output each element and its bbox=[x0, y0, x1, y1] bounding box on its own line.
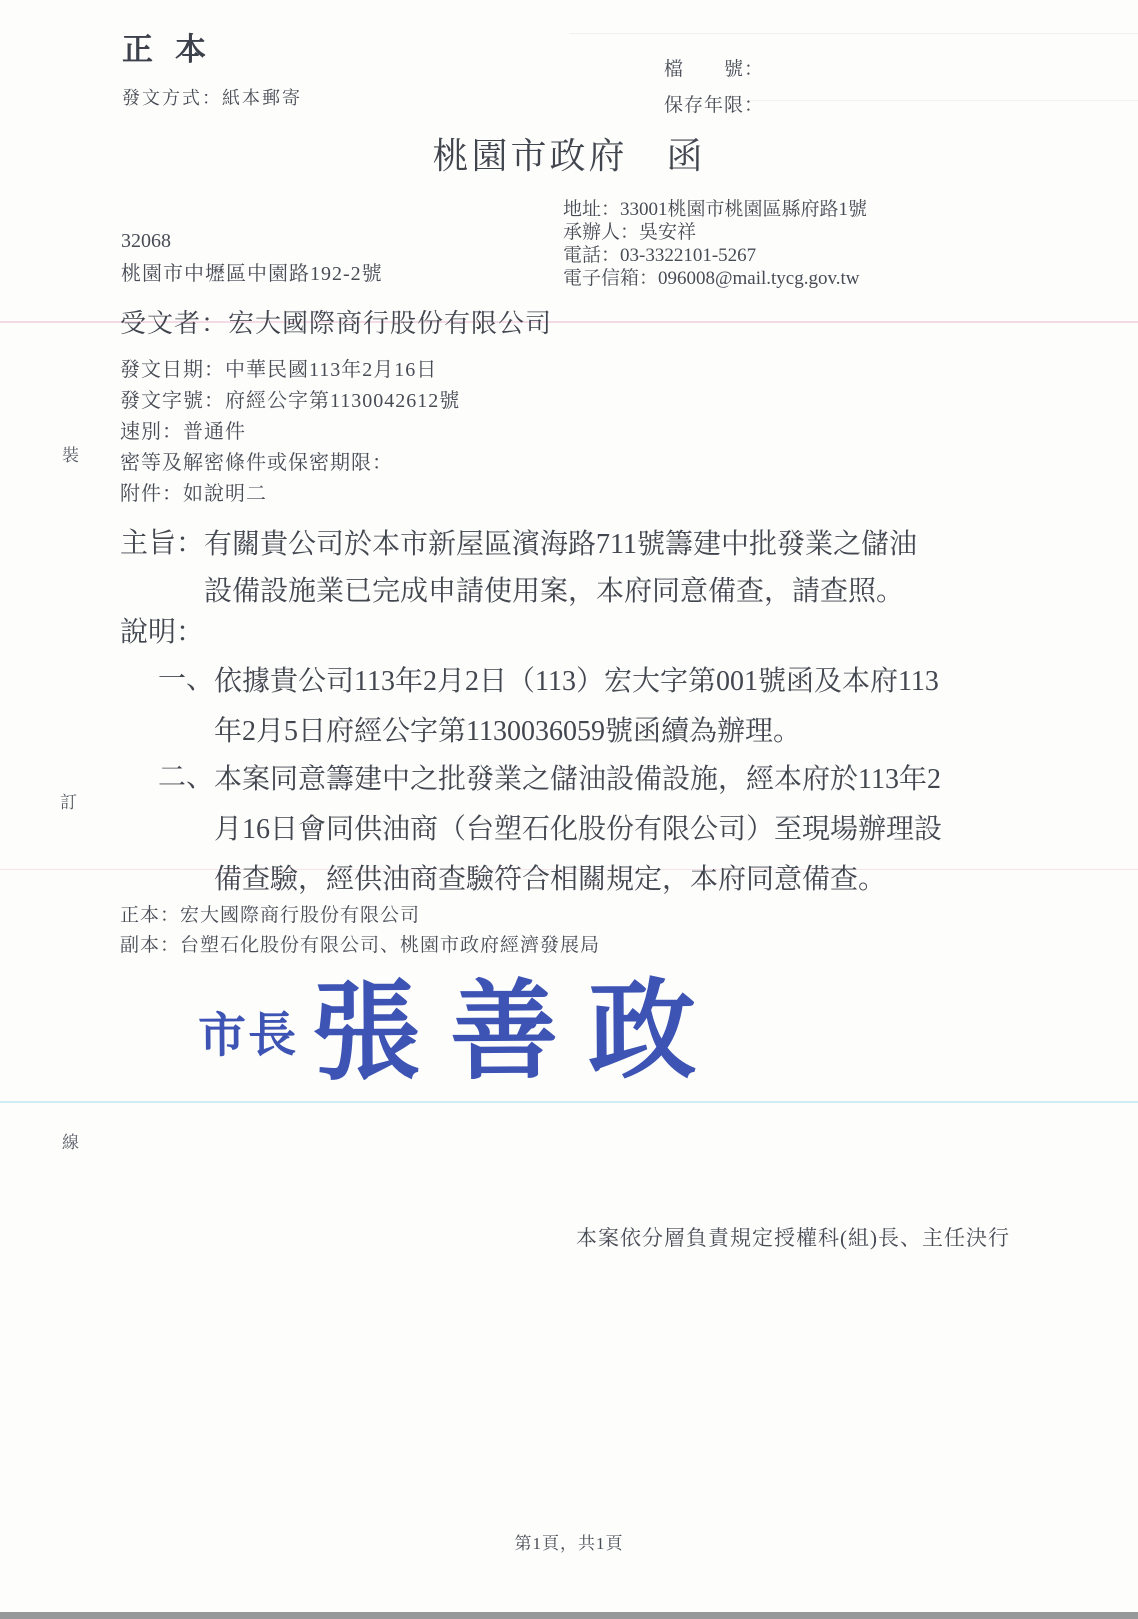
description-label: 說明： bbox=[120, 610, 204, 650]
scan-artifact-line bbox=[0, 1101, 1138, 1103]
binding-mark-zhuang: 裝 bbox=[62, 441, 79, 466]
agency-contact-block: 地址：33001桃園市桃園區縣府路1號 承辦人：吳安祥 電話：03-332210… bbox=[563, 198, 867, 290]
delivery-method-label: 發文方式：紙本郵寄 bbox=[122, 84, 302, 110]
subject-paragraph: 主旨： 有關貴公司於本市新屋區濱海路711號籌建中批發業之儲油 設備設施業已完成… bbox=[120, 521, 917, 615]
recipient-zip: 32068 bbox=[121, 230, 171, 253]
security-class: 密等及解密條件或保密期限： bbox=[120, 448, 460, 479]
file-number-label: 檔 號： bbox=[664, 52, 764, 88]
binding-mark-xian: 線 bbox=[62, 1128, 79, 1153]
scan-artifact-line bbox=[569, 33, 1138, 34]
subject-line: 有關貴公司於本市新屋區濱海路711號籌建中批發業之儲油 bbox=[204, 521, 917, 568]
item-line: 依據貴公司113年2月2日（113）宏大字第001號函及本府113 bbox=[214, 657, 939, 707]
item-label: 二、 bbox=[158, 755, 214, 795]
description-item-2: 二、 本案同意籌建中之批發業之儲油設備設施，經本府於113年2 月16日會同供油… bbox=[158, 755, 942, 905]
dispatch-number: 發文字號：府經公字第1130042612號 bbox=[120, 386, 460, 417]
signature-block: 市長 張善政 bbox=[197, 943, 726, 1102]
recipient-street-address: 桃園市中壢區中園路192-2號 bbox=[121, 257, 383, 286]
agency-email: 電子信箱：096008@mail.tycg.gov.tw bbox=[563, 267, 867, 290]
scanned-official-letter: 正本 發文方式：紙本郵寄 檔 號： 保存年限： 桃園市政府 函 地址：33001… bbox=[0, 0, 1138, 1619]
bottom-scan-band bbox=[0, 1612, 1138, 1619]
agency-address: 地址：33001桃園市桃園區縣府路1號 bbox=[563, 198, 867, 221]
speed-class: 速別：普通件 bbox=[120, 417, 460, 448]
file-header-block: 檔 號： 保存年限： bbox=[664, 52, 764, 124]
subject-label: 主旨： bbox=[120, 521, 204, 561]
subject-line: 設備設施業已完成申請使用案，本府同意備查，請查照。 bbox=[204, 568, 917, 615]
page-number-footer: 第1頁，共1頁 bbox=[0, 1529, 1138, 1554]
dispatch-date: 發文日期：中華民國113年2月16日 bbox=[120, 355, 460, 386]
retention-period-label: 保存年限： bbox=[664, 88, 764, 124]
item-line: 月16日會同供油商（台塑石化股份有限公司）至現場辦理設 bbox=[214, 805, 942, 855]
binding-mark-ding: 訂 bbox=[60, 788, 77, 813]
mayor-signature: 張善政 bbox=[311, 943, 726, 1101]
mayor-title: 市長 bbox=[198, 982, 299, 1066]
item-line: 本案同意籌建中之批發業之儲油設備設施，經本府於113年2 bbox=[214, 755, 942, 805]
item-line: 年2月5日府經公字第1130036059號函續為辦理。 bbox=[214, 707, 939, 757]
document-title: 桃園市政府 函 bbox=[0, 128, 1138, 179]
agency-phone: 電話：03-3322101-5267 bbox=[563, 244, 867, 267]
delegation-note: 本案依分層負責規定授權科(組)長、主任決行 bbox=[576, 1222, 1010, 1252]
description-item-1: 一、 依據貴公司113年2月2日（113）宏大字第001號函及本府113 年2月… bbox=[158, 657, 939, 757]
original-copy-line: 正本：宏大國際商行股份有限公司 bbox=[120, 900, 420, 927]
copy-type-label: 正本 bbox=[122, 24, 228, 69]
agency-contact-person: 承辦人：吳安祥 bbox=[563, 221, 867, 244]
dispatch-meta-block: 發文日期：中華民國113年2月16日 發文字號：府經公字第1130042612號… bbox=[120, 355, 460, 510]
item-label: 一、 bbox=[158, 657, 214, 697]
item-line: 備查驗，經供油商查驗符合相關規定，本府同意備查。 bbox=[214, 855, 942, 905]
recipient-line: 受文者：宏大國際商行股份有限公司 bbox=[120, 303, 552, 340]
attachment-note: 附件：如說明二 bbox=[120, 479, 460, 510]
